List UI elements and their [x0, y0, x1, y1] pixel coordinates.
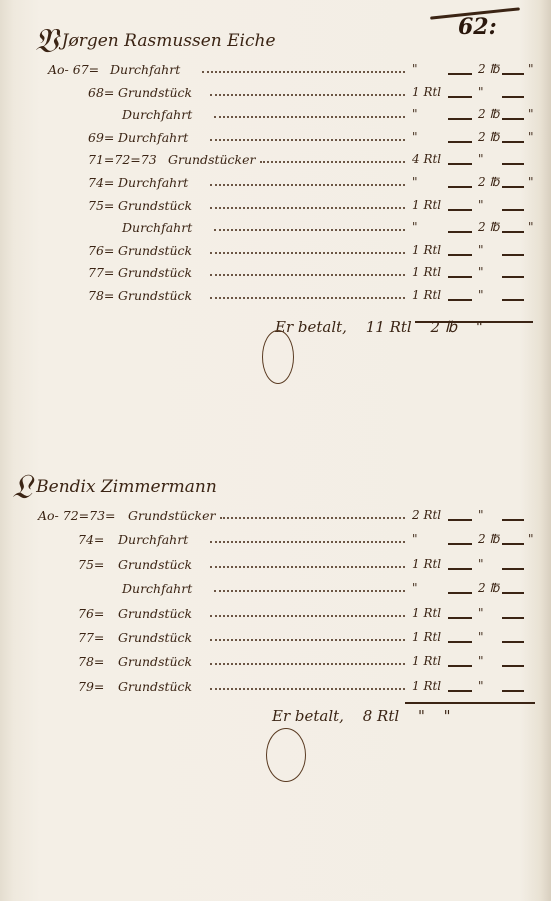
- amount-mk: ": [478, 85, 484, 99]
- parcel-type: Durchfahrt: [118, 532, 188, 547]
- leader-dots: [202, 62, 405, 73]
- amount-s: ": [528, 62, 534, 76]
- amount-rthl: ": [412, 532, 418, 546]
- section-2-total: Er betalt, 8 Rtl " ": [272, 707, 451, 725]
- dash: [502, 592, 524, 594]
- amount-rthl: ": [412, 581, 418, 595]
- parcel-type: Grundstücker: [128, 508, 216, 523]
- parcel-number: Ao- 72=73=: [38, 508, 116, 523]
- amount-rthl: ": [412, 175, 418, 189]
- dash: [502, 186, 524, 188]
- leader-dots: [210, 630, 405, 641]
- amount-mk: ": [478, 198, 484, 212]
- dash: [502, 163, 524, 165]
- parcel-number: 75=: [88, 198, 114, 213]
- dash: [448, 96, 472, 98]
- amount-rthl: 2 Rtl: [412, 508, 441, 522]
- parcel-type: Grundstück: [118, 557, 192, 572]
- section-2-heading: 𝔏Bendix Zimmermann: [12, 470, 217, 504]
- parcel-number: 69=: [88, 130, 114, 145]
- dash: [502, 231, 524, 233]
- dash: [502, 141, 524, 143]
- dash: [448, 186, 472, 188]
- parcel-number: 76=: [78, 606, 104, 621]
- dash: [448, 690, 472, 692]
- amount-mk: ": [478, 152, 484, 166]
- total-rthl: 11 Rtl: [366, 318, 412, 336]
- dash: [502, 276, 524, 278]
- leader-dots: [210, 606, 405, 617]
- parcel-number: 68=: [88, 85, 114, 100]
- section-1-total: Er betalt, 11 Rtl 2 ℔ ": [275, 318, 483, 336]
- leader-dots: [210, 265, 405, 276]
- amount-rthl: 1 Rtl: [412, 654, 441, 668]
- parcel-number: 75=: [78, 557, 104, 572]
- amount-mk: ": [478, 654, 484, 668]
- dash: [448, 73, 472, 75]
- parcel-type: Grundstück: [118, 198, 192, 213]
- dash: [502, 73, 524, 75]
- amount-mk: 2 ℔: [478, 62, 499, 76]
- table-row: 75=Grundstück1 Rtl": [0, 557, 551, 577]
- dash: [448, 141, 472, 143]
- parcel-type: Grundstück: [118, 606, 192, 621]
- flourish-loop: [262, 330, 294, 384]
- amount-mk: 2 ℔: [478, 175, 499, 189]
- leader-dots: [210, 130, 405, 141]
- parcel-number: 78=: [78, 654, 104, 669]
- total-rthl: 8 Rtl: [363, 707, 399, 725]
- total-label: Er betalt,: [272, 707, 344, 725]
- dash: [448, 543, 472, 545]
- parcel-number: 79=: [78, 679, 104, 694]
- manuscript-page: 62: 𝔙Jørgen Rasmussen Eiche Ao- 67=Durch…: [0, 0, 551, 901]
- parcel-number: 71=72=73: [88, 152, 157, 167]
- amount-s: ": [528, 130, 534, 144]
- table-row: 71=72=73Grundstücker4 Rtl": [0, 152, 551, 172]
- leader-dots: [210, 532, 405, 543]
- table-row: Ao- 72=73=Grundstücker2 Rtl": [0, 508, 551, 528]
- dash: [502, 690, 524, 692]
- amount-s: ": [528, 107, 534, 121]
- leader-dots: [210, 198, 405, 209]
- parcel-type: Durchfahrt: [118, 130, 188, 145]
- total-s: ": [444, 707, 451, 725]
- amount-rthl: ": [412, 62, 418, 76]
- table-row: 69=Durchfahrt"2 ℔": [0, 130, 551, 150]
- dash: [502, 568, 524, 570]
- amount-rthl: ": [412, 220, 418, 234]
- decorative-capital: 𝔙: [34, 21, 58, 61]
- dash: [502, 299, 524, 301]
- table-row: Durchfahrt"2 ℔": [0, 220, 551, 240]
- table-row: 74=Durchfahrt"2 ℔": [0, 532, 551, 552]
- dash: [502, 96, 524, 98]
- table-row: 76=Grundstück1 Rtl": [0, 243, 551, 263]
- sum-rule: [405, 702, 535, 704]
- amount-s: ": [528, 532, 534, 546]
- table-row: 78=Grundstück1 Rtl": [0, 288, 551, 308]
- table-row: 68=Grundstück1 Rtl": [0, 85, 551, 105]
- amount-mk: ": [478, 630, 484, 644]
- amount-s: ": [528, 175, 534, 189]
- dash: [502, 665, 524, 667]
- total-s: ": [476, 318, 483, 336]
- amount-mk: 2 ℔: [478, 220, 499, 234]
- parcel-type: Grundstück: [118, 85, 192, 100]
- parcel-number: 74=: [78, 532, 104, 547]
- dash: [502, 543, 524, 545]
- dash: [448, 519, 472, 521]
- amount-s: ": [528, 220, 534, 234]
- dash: [448, 231, 472, 233]
- leader-dots: [210, 175, 405, 186]
- table-row: 74=Durchfahrt"2 ℔": [0, 175, 551, 195]
- amount-mk: 2 ℔: [478, 130, 499, 144]
- leader-dots: [210, 288, 405, 299]
- dash: [448, 299, 472, 301]
- table-row: 75=Grundstück1 Rtl": [0, 198, 551, 218]
- table-row: 77=Grundstück1 Rtl": [0, 265, 551, 285]
- dash: [502, 641, 524, 643]
- dash: [502, 209, 524, 211]
- dash: [502, 118, 524, 120]
- parcel-type: Grundstück: [118, 654, 192, 669]
- dash: [448, 617, 472, 619]
- section-1-heading: 𝔙Jørgen Rasmussen Eiche: [34, 24, 276, 58]
- amount-mk: ": [478, 243, 484, 257]
- decorative-capital: 𝔏: [12, 467, 32, 507]
- amount-rthl: ": [412, 107, 418, 121]
- amount-rthl: 1 Rtl: [412, 85, 441, 99]
- flourish-loop: [266, 728, 306, 782]
- leader-dots: [210, 243, 405, 254]
- total-mk: ": [418, 707, 425, 725]
- dash: [448, 118, 472, 120]
- dash: [448, 254, 472, 256]
- amount-mk: 2 ℔: [478, 532, 499, 546]
- amount-mk: 2 ℔: [478, 581, 499, 595]
- amount-rthl: 1 Rtl: [412, 198, 441, 212]
- parcel-type: Durchfahrt: [122, 581, 192, 596]
- table-row: 76=Grundstück1 Rtl": [0, 606, 551, 626]
- dash: [448, 276, 472, 278]
- amount-rthl: 1 Rtl: [412, 557, 441, 571]
- table-row: Durchfahrt"2 ℔": [0, 107, 551, 127]
- page-number: 62:: [458, 14, 497, 40]
- amount-mk: ": [478, 288, 484, 302]
- leader-dots: [260, 152, 405, 163]
- parcel-number: Ao- 67=: [48, 62, 99, 77]
- dash: [448, 163, 472, 165]
- amount-rthl: 4 Rtl: [412, 152, 441, 166]
- table-row: Ao- 67=Durchfahrt"2 ℔": [0, 62, 551, 82]
- dash: [448, 592, 472, 594]
- amount-rthl: ": [412, 130, 418, 144]
- amount-mk: ": [478, 679, 484, 693]
- parcel-number: 76=: [88, 243, 114, 258]
- amount-mk: ": [478, 265, 484, 279]
- dash: [502, 617, 524, 619]
- dash: [502, 519, 524, 521]
- table-row: 79=Grundstück1 Rtl": [0, 679, 551, 699]
- leader-dots: [220, 508, 405, 519]
- leader-dots: [210, 557, 405, 568]
- parcel-type: Grundstück: [118, 288, 192, 303]
- parcel-number: 77=: [88, 265, 114, 280]
- amount-mk: ": [478, 557, 484, 571]
- amount-rthl: 1 Rtl: [412, 630, 441, 644]
- parcel-type: Grundstück: [118, 630, 192, 645]
- parcel-type: Grundstück: [118, 679, 192, 694]
- amount-rthl: 1 Rtl: [412, 288, 441, 302]
- table-row: Durchfahrt"2 ℔: [0, 581, 551, 601]
- parcel-type: Durchfahrt: [118, 175, 188, 190]
- parcel-type: Durchfahrt: [122, 107, 192, 122]
- amount-mk: ": [478, 508, 484, 522]
- table-row: 78=Grundstück1 Rtl": [0, 654, 551, 674]
- dash: [448, 665, 472, 667]
- leader-dots: [214, 220, 405, 231]
- amount-rthl: 1 Rtl: [412, 679, 441, 693]
- amount-mk: 2 ℔: [478, 107, 499, 121]
- amount-rthl: 1 Rtl: [412, 606, 441, 620]
- dash: [502, 254, 524, 256]
- dash: [448, 641, 472, 643]
- leader-dots: [214, 581, 405, 592]
- leader-dots: [210, 679, 405, 690]
- parcel-type: Grundstück: [118, 265, 192, 280]
- parcel-number: 74=: [88, 175, 114, 190]
- dash: [448, 209, 472, 211]
- leader-dots: [210, 654, 405, 665]
- amount-rthl: 1 Rtl: [412, 243, 441, 257]
- leader-dots: [214, 107, 405, 118]
- leader-dots: [210, 85, 405, 96]
- parcel-type: Durchfahrt: [110, 62, 180, 77]
- parcel-number: 77=: [78, 630, 104, 645]
- table-row: 77=Grundstück1 Rtl": [0, 630, 551, 650]
- parcel-type: Grundstücker: [168, 152, 256, 167]
- amount-rthl: 1 Rtl: [412, 265, 441, 279]
- parcel-type: Durchfahrt: [122, 220, 192, 235]
- amount-mk: ": [478, 606, 484, 620]
- dash: [448, 568, 472, 570]
- total-mk: 2 ℔: [430, 318, 457, 336]
- parcel-number: 78=: [88, 288, 114, 303]
- parcel-type: Grundstück: [118, 243, 192, 258]
